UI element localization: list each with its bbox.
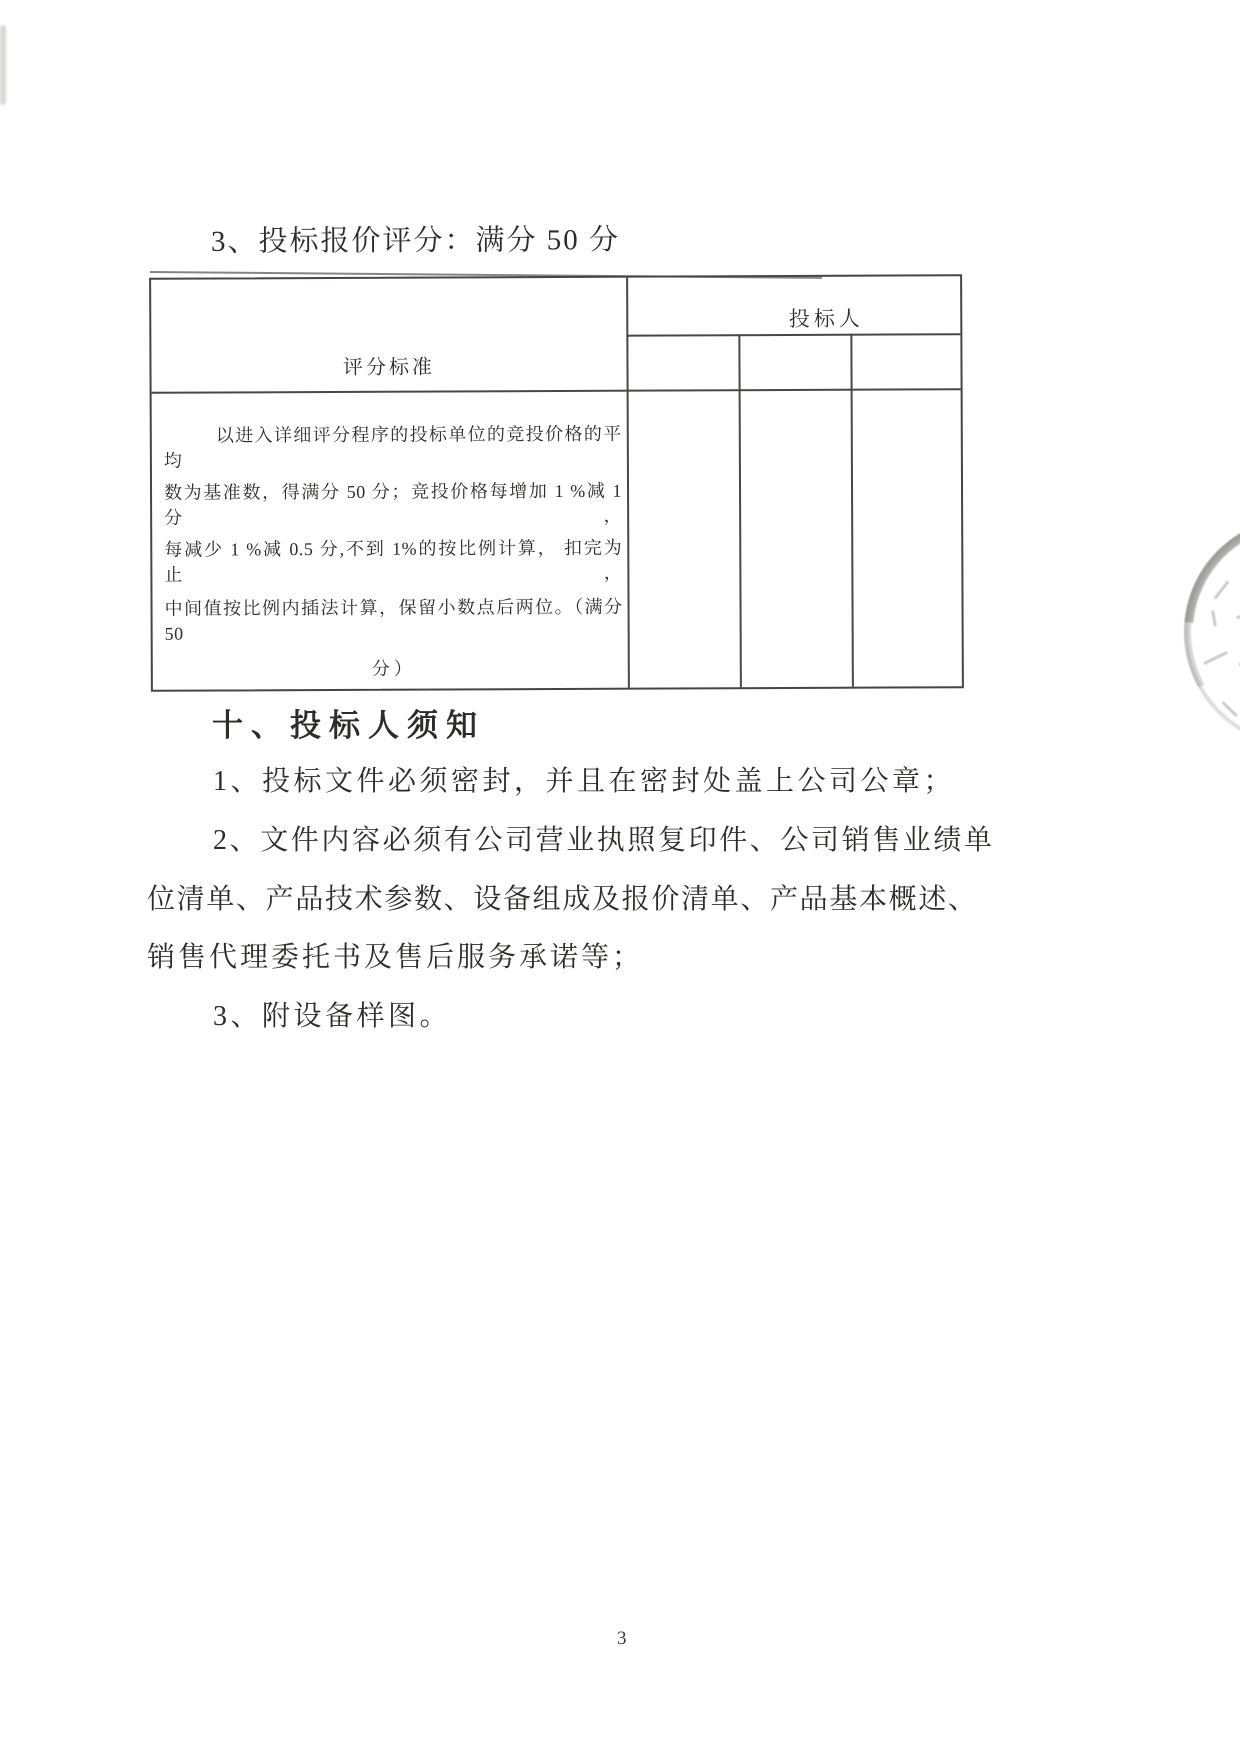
page-number: 3 <box>617 1628 627 1650</box>
notice-item-2-line-2: 位清单、产品技术参数、设备组成及报价清单、产品基本概述、 <box>147 877 976 917</box>
notice-item-3: 3、附设备样图。 <box>213 994 451 1034</box>
scoring-table: 评分标准 投标人 以进入详细评分程序的投标单位的竞投价格的平均 数为基准数，得满… <box>149 274 964 692</box>
bidder-name-cell-3 <box>852 335 958 386</box>
score-entry-cell-3 <box>853 390 960 684</box>
criteria-text-line-4: 中间值按比例内插法计算，保留小数点后两位。（满分 50 <box>164 595 622 647</box>
notice-item-2-line-3: 销售代理委托书及售后服务承诺等； <box>147 935 643 975</box>
bidder-name-cell-2 <box>740 336 848 387</box>
score-entry-cell-2 <box>741 391 850 685</box>
notice-item-2-line-1: 2、文件内容必须有公司营业执照复印件、公司销售业绩单 <box>213 818 992 858</box>
criteria-text-line-3: 每减少 1 %减 0.5 分,不到 1%的按比例计算， 扣完为止， <box>164 536 622 588</box>
pricing-score-heading: 3、投标报价评分：满分 50 分 <box>211 217 620 260</box>
criteria-text-line-2: 数为基准数，得满分 50 分；竞投价格每增加 1 %减 1 分， <box>164 479 622 531</box>
criteria-text-line-5: 分） <box>165 656 623 683</box>
criteria-header-cell: 评分标准 <box>151 350 626 381</box>
seal-ring-light-arc <box>1157 490 1240 774</box>
document-page: 3、投标报价评分：满分 50 分 评分标准 投标人 以进入详细评分程序的投标单位… <box>0 0 1240 1754</box>
bidder-name-cell-1 <box>628 336 736 387</box>
company-seal-stamp <box>1184 517 1240 747</box>
bidder-header-cell: 投标人 <box>659 302 993 333</box>
notice-item-1: 1、投标文件必须密封，并且在密封处盖上公司公章； <box>213 759 955 799</box>
bidder-notice-heading: 十、投标人须知 <box>212 700 485 745</box>
criteria-text-line-1: 以进入详细评分程序的投标单位的竞投价格的平均 <box>164 422 622 474</box>
scan-smudge <box>0 25 6 105</box>
score-entry-cell-1 <box>629 391 738 685</box>
